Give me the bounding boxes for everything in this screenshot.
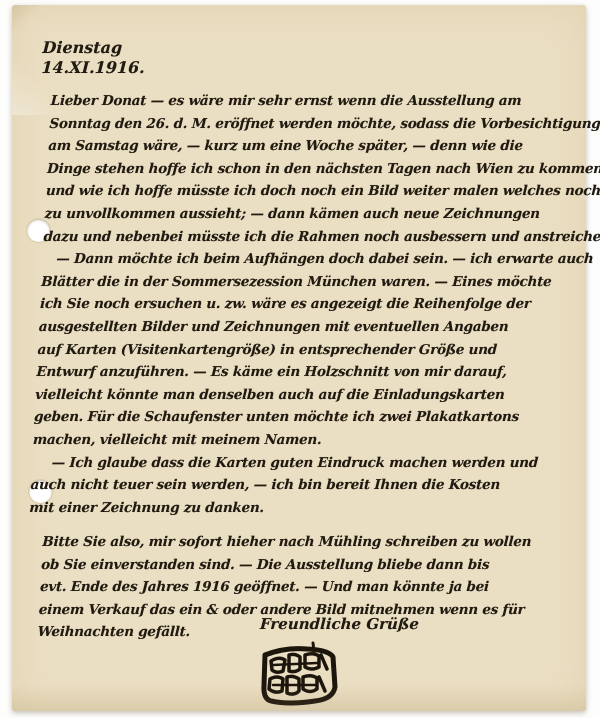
letter-line: machen, vielleicht mit meinem Namen. <box>32 429 567 452</box>
letter-line: Bitte Sie also, mir sofort hieher nach M… <box>42 531 577 554</box>
letter-line: auf Karten (Visitenkartengröße) in entsp… <box>37 339 572 362</box>
letter-line: auch nicht teuer sein werden, — ich bin … <box>30 474 565 497</box>
letter-line: ob Sie einverstanden sind. — Die Ausstel… <box>41 554 576 577</box>
letter-line: zu unvollkommen aussieht; — dann kämen a… <box>44 203 579 226</box>
letter-line: — Dann möchte ich beim Aufhängen doch da… <box>56 248 577 271</box>
letter-date: Dienstag 14.XI.1916. <box>41 38 147 78</box>
letter-line: Lieber Donat — es wäre mir sehr ernst we… <box>50 90 585 113</box>
letter-line: Blätter die in der Sommersezession Münch… <box>41 271 576 294</box>
letter-line: mit einer Zeichnung zu danken. <box>29 497 564 520</box>
letter-line: Sonntag den 26. d. M. eröffnet werden mö… <box>49 113 584 136</box>
date-weekday: Dienstag <box>42 38 146 58</box>
letter-line: vielleicht könnte man denselben auch auf… <box>35 384 570 407</box>
letter-body-paragraph-1: Lieber Donat — es wäre mir sehr ernst we… <box>29 90 585 519</box>
letter-line: ausgestellten Bilder und Zeichnungen mit… <box>38 316 573 339</box>
letter-line: Dinge stehen hoffe ich schon in den näch… <box>47 158 582 181</box>
signature-monogram-seal <box>255 641 341 711</box>
letter-line: Entwurf anzuführen. — Es käme ein Holzsc… <box>36 361 571 384</box>
letter-line: dazu und nebenbei müsste ich die Rahmen … <box>43 226 578 249</box>
letter-line: am Samstag wäre, — kurz um eine Woche sp… <box>48 135 583 158</box>
letter-line: und wie ich hoffe müsste ich doch noch e… <box>45 180 580 203</box>
scan-background: Dienstag 14.XI.1916. Lieber Donat — es w… <box>0 0 600 718</box>
letter-paper: Dienstag 14.XI.1916. Lieber Donat — es w… <box>12 5 586 711</box>
letter-line: ich Sie noch ersuchen u. zw. wäre es ang… <box>39 293 574 316</box>
date-numeric: 14.XI.1916. <box>41 58 145 78</box>
letter-closing-greeting: Freundliche Grüße <box>260 615 420 633</box>
letter-line: geben. Für die Schaufenster unten möchte… <box>33 406 568 429</box>
letter-line: — Ich glaube dass die Karten guten Eindr… <box>51 452 566 475</box>
monogram-stamp-icon <box>255 641 341 711</box>
letter-line: evt. Ende des Jahres 1916 geöffnet. — Un… <box>39 576 574 599</box>
